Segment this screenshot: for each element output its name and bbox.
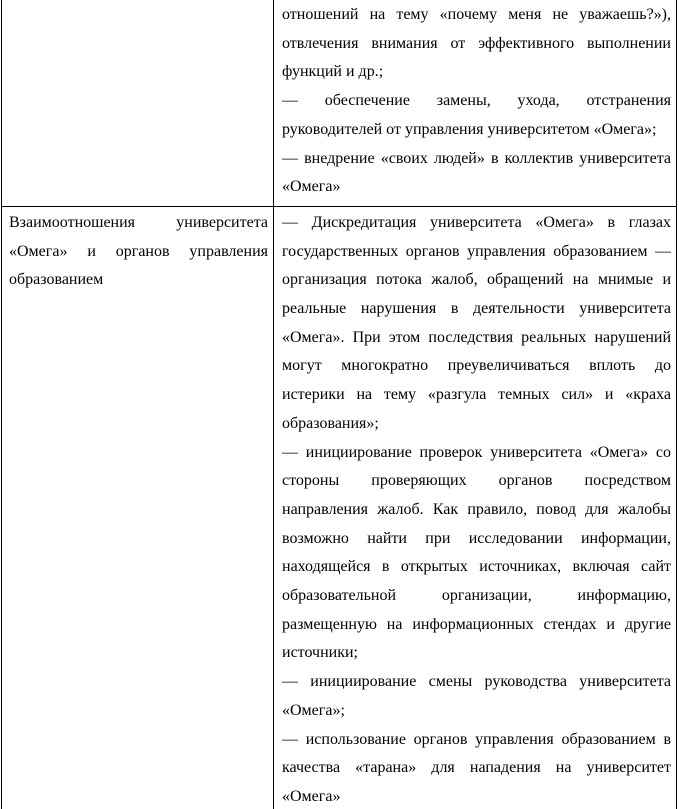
table-cell-category: Взаимоотношения университета «Омега» и о… (2, 206, 274, 809)
paragraph: — Дискредитация университета «Омега» в г… (282, 209, 671, 439)
table-row: Взаимоотношения университета «Омега» и о… (2, 206, 677, 809)
paragraph: — внедрение «своих людей» в коллектив ун… (282, 145, 671, 202)
table-cell-description: — Дискредитация университета «Омега» в г… (274, 206, 677, 809)
paragraph: — инициирование проверок университета «О… (282, 439, 671, 669)
paragraph: — инициирование смены руководства универ… (282, 668, 671, 725)
category-label: Взаимоотношения университета «Омега» и о… (9, 209, 268, 295)
paragraph: отношений на тему «почему меня не уважае… (282, 1, 671, 87)
table-row: отношений на тему «почему меня не уважае… (2, 0, 677, 206)
paragraph: — использование органов управления образ… (282, 726, 671, 809)
threats-table: отношений на тему «почему меня не уважае… (1, 0, 677, 809)
table-cell-category (2, 0, 274, 206)
paragraph: — обеспечение замены, ухода, отстранения… (282, 87, 671, 144)
table-cell-description: отношений на тему «почему меня не уважае… (274, 0, 677, 206)
